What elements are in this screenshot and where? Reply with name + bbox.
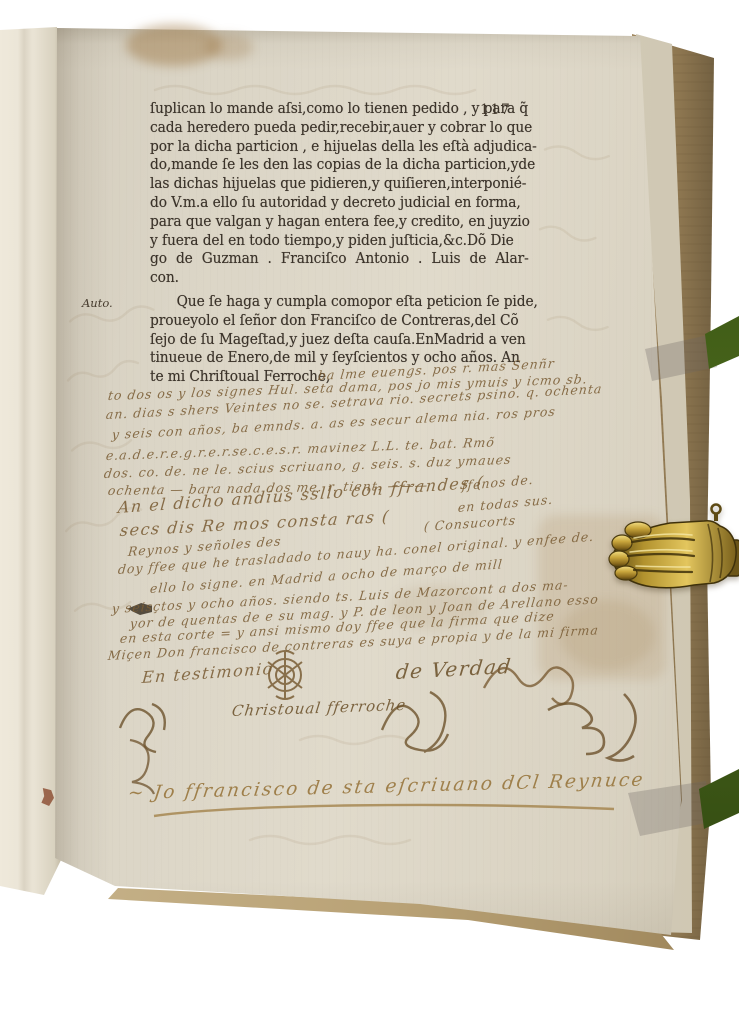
printed-line: cada heredero pueda pedir,recebir,auer y… xyxy=(150,119,511,138)
printed-line: las dichas hijuelas que pidieren,y quiſi… xyxy=(150,175,511,194)
printed-line: Que ſe haga y cumpla comopor eſta petici… xyxy=(150,293,511,312)
printed-line: do V.m.a ello ſu autoridad y decreto jud… xyxy=(150,194,511,213)
printed-line: ſejo de ſu Mageſtad,y juez deſta cauſa.E… xyxy=(150,331,511,350)
printed-line: do,mande ſe les den las copias de la dic… xyxy=(150,156,511,175)
printed-line: proueyolo el ſeñor don Franciſco de Cont… xyxy=(150,312,511,331)
printed-line: y fuera del en todo tiempo,y piden juſti… xyxy=(150,232,511,251)
hand-clasp-icon xyxy=(604,498,739,602)
printed-line: con. xyxy=(150,269,511,288)
printed-line: para que valgan y hagan entera fee,y cre… xyxy=(150,213,511,232)
damp-stain-top-2 xyxy=(205,34,253,60)
printed-text-block: ſuplican lo mande aſsi,como lo tienen pe… xyxy=(150,100,530,387)
book-photograph: 117 Auto. ſuplican lo mande aſsi,como lo… xyxy=(0,0,739,1024)
printed-line: por la dicha particion , e hijuelas dell… xyxy=(150,138,511,157)
left-underpage xyxy=(0,0,62,1024)
margin-note-auto: Auto. xyxy=(82,296,113,310)
printed-line: go de Guzman . Franciſco Antonio . Luis … xyxy=(150,250,511,269)
printed-line: ſuplican lo mande aſsi,como lo tienen pe… xyxy=(150,100,511,119)
